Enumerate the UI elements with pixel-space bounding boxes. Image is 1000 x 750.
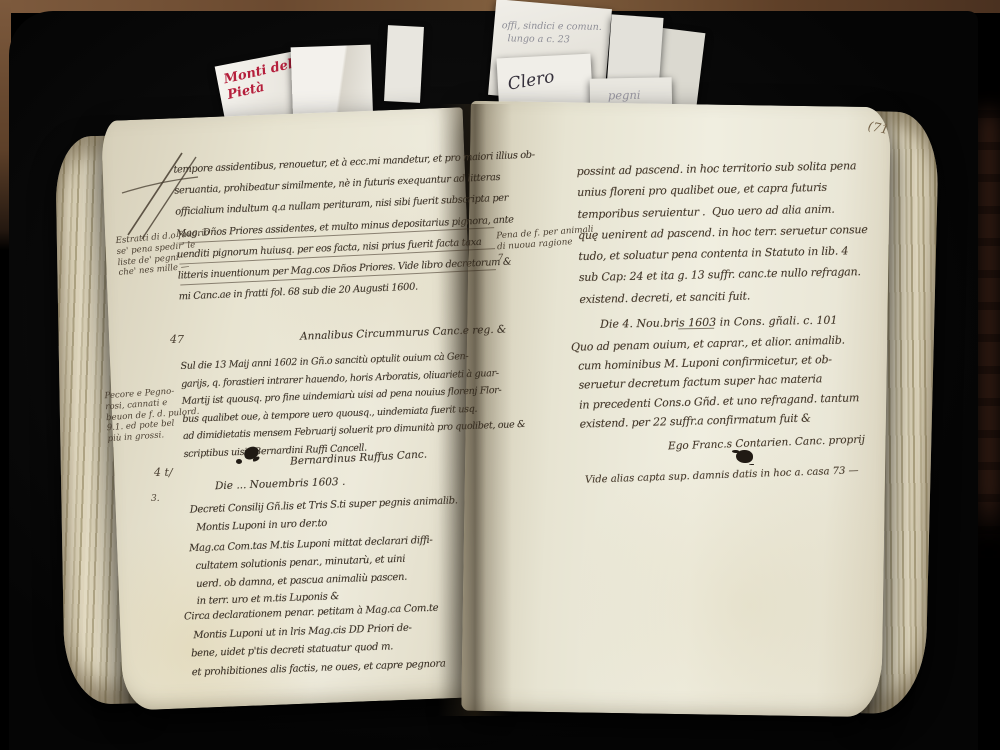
manuscript-block: tempore assidentibus, renouetur, et à ec… — [173, 144, 540, 307]
pencil-note-text: offi, sindici e comun. lungo a c. 23 — [501, 19, 601, 47]
right-margin-note: Pena de f. per animalidi nuoua ragione7 — [496, 225, 595, 265]
clero-label: Clero — [506, 67, 556, 95]
margin-mark: 4 t/ — [154, 466, 173, 479]
left-margin-note: Estratti di d.o fauoriose' pena spedir' … — [115, 228, 212, 279]
pegni-label: pegni — [608, 88, 641, 103]
ink-blot — [236, 459, 242, 464]
manuscript-block: Sul die 13 Maij anni 1602 in Gñ.o sancit… — [180, 346, 526, 463]
margin-mark: 3. — [151, 494, 160, 504]
manuscript-block: Mag.ca Com.tas M.tis Luponi mittat decla… — [189, 532, 435, 612]
bookmark-tab-blank — [384, 25, 424, 103]
manuscript-block: Circa declarationem penar. petitam à Mag… — [184, 599, 446, 682]
margin-mark: 47 — [170, 333, 184, 346]
left-margin-note: Pecore e Pegno-rosi, cannati ebeuon de f… — [104, 385, 201, 445]
ink-blot — [736, 450, 753, 463]
manuscript-block: Quo ad penam ouium, et caprar., et alior… — [571, 330, 860, 433]
manuscript-block: possint ad pascend. in hoc territorio su… — [576, 155, 869, 310]
